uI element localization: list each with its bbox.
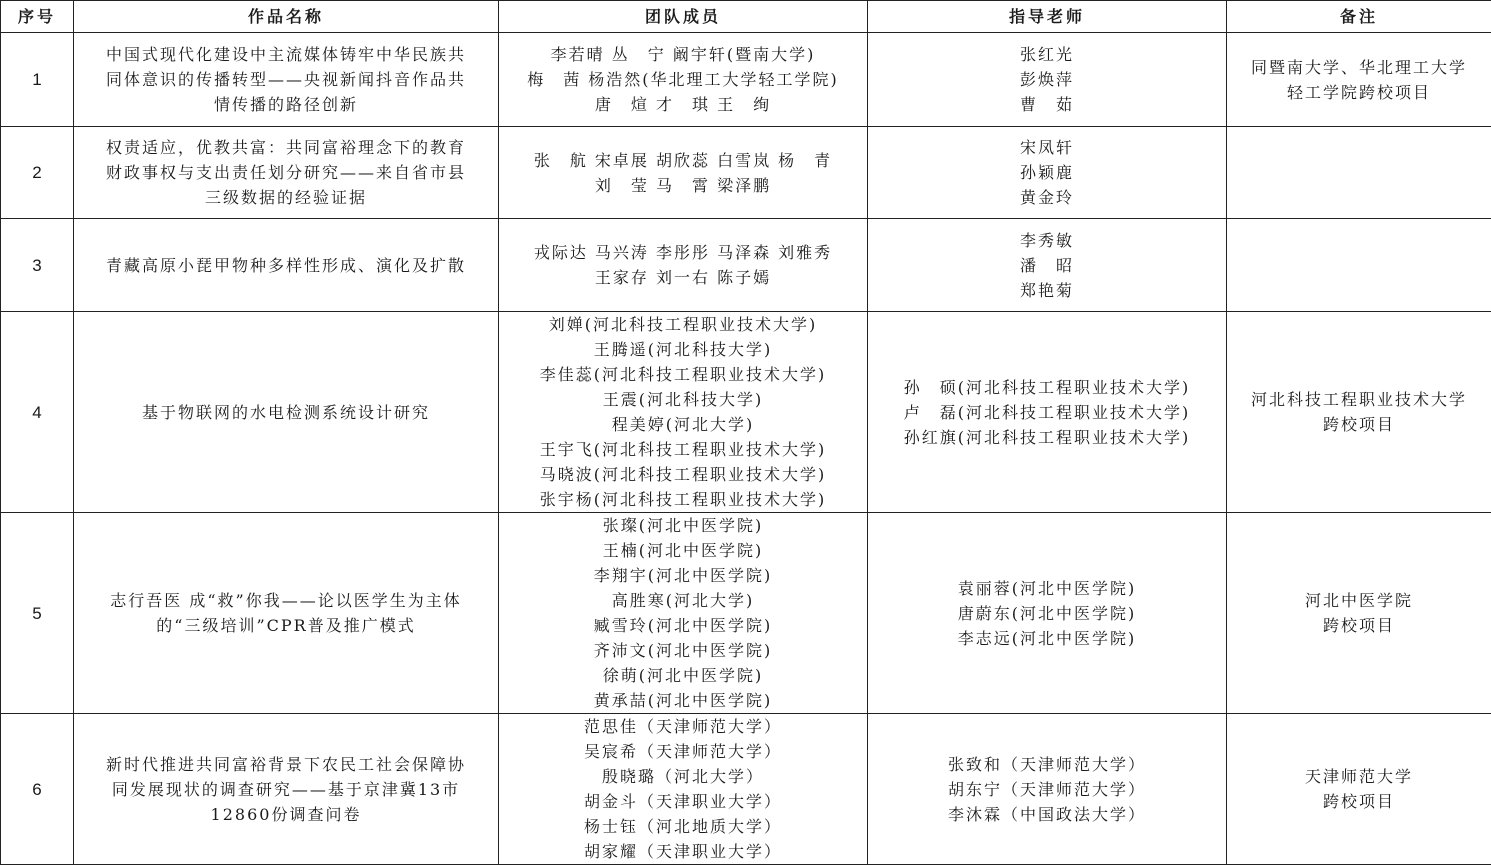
member-line: 臧雪玲(河北中医学院) bbox=[505, 613, 861, 638]
member-line: 吴宸希（天津师范大学） bbox=[505, 739, 861, 764]
member-line: 刘 莹 马 霄 梁泽鹏 bbox=[505, 173, 861, 198]
cell-members: 戎际达 马兴涛 李彤彤 马泽森 刘雅秀王家存 刘一右 陈子嫣 bbox=[499, 219, 868, 312]
advisor-line: 孙颖鹿 bbox=[874, 160, 1220, 185]
member-line: 胡家耀（天津职业大学） bbox=[505, 839, 861, 863]
header-title: 作品名称 bbox=[74, 1, 499, 33]
cell-index: 1 bbox=[1, 33, 74, 127]
member-line: 徐萌(河北中医学院) bbox=[505, 663, 861, 688]
member-line: 王宇飞(河北科技工程职业技术大学) bbox=[505, 437, 861, 462]
cell-remark: 河北中医学院跨校项目 bbox=[1227, 513, 1491, 714]
cell-advisors: 张致和（天津师范大学）胡东宁（天津师范大学）李沐霖（中国政法大学） bbox=[868, 714, 1227, 864]
advisor-line: 宋凤轩 bbox=[874, 135, 1220, 160]
table-row: 2权责适应，优教共富：共同富裕理念下的教育财政事权与支出责任划分研究——来自省市… bbox=[1, 127, 1491, 219]
member-line: 刘婵(河北科技工程职业技术大学) bbox=[505, 312, 861, 337]
cell-advisors: 袁丽蓉(河北中医学院)唐蔚东(河北中医学院)李志远(河北中医学院) bbox=[868, 513, 1227, 714]
header-members: 团队成员 bbox=[499, 1, 868, 33]
cell-members: 刘婵(河北科技工程职业技术大学)王腾遥(河北科技大学)李佳蕊(河北科技工程职业技… bbox=[499, 312, 868, 513]
member-line: 胡金斗（天津职业大学） bbox=[505, 789, 861, 814]
remark-line: 河北中医学院 bbox=[1233, 588, 1485, 613]
advisor-line: 张致和（天津师范大学） bbox=[874, 752, 1220, 777]
title-line: 权责适应，优教共富：共同富裕理念下的教育 bbox=[82, 135, 490, 160]
member-line: 黄承喆(河北中医学院) bbox=[505, 688, 861, 713]
table-row: 6新时代推进共同富裕背景下农民工社会保障协同发展现状的调查研究——基于京津冀13… bbox=[1, 714, 1491, 864]
remark-line: 跨校项目 bbox=[1233, 613, 1485, 638]
advisor-line: 曹 茹 bbox=[874, 92, 1220, 117]
cell-remark: 天津师范大学跨校项目 bbox=[1227, 714, 1491, 864]
member-line: 殷晓璐（河北大学） bbox=[505, 764, 861, 789]
remark-line: 轻工学院跨校项目 bbox=[1233, 80, 1485, 105]
cell-title: 志行吾医 成“救”你我——论以医学生为主体的“三级培训”CPR普及推广模式 bbox=[74, 513, 499, 714]
title-line: 12860份调查问卷 bbox=[82, 802, 490, 827]
cell-members: 张 航 宋卓展 胡欣蕊 白雪岚 杨 青刘 莹 马 霄 梁泽鹏 bbox=[499, 127, 868, 219]
advisor-line: 李秀敏 bbox=[874, 228, 1220, 253]
remark-line: 天津师范大学 bbox=[1233, 764, 1485, 789]
remark-line: 同暨南大学、华北理工大学 bbox=[1233, 55, 1485, 80]
table-row: 4基于物联网的水电检测系统设计研究刘婵(河北科技工程职业技术大学)王腾遥(河北科… bbox=[1, 312, 1491, 513]
cell-remark: 同暨南大学、华北理工大学轻工学院跨校项目 bbox=[1227, 33, 1491, 127]
member-line: 齐沛文(河北中医学院) bbox=[505, 638, 861, 663]
cell-title: 基于物联网的水电检测系统设计研究 bbox=[74, 312, 499, 513]
cell-index: 5 bbox=[1, 513, 74, 714]
advisor-line: 彭焕萍 bbox=[874, 67, 1220, 92]
member-line: 王震(河北科技大学) bbox=[505, 387, 861, 412]
table-row: 3青藏高原小琵甲物种多样性形成、演化及扩散戎际达 马兴涛 李彤彤 马泽森 刘雅秀… bbox=[1, 219, 1491, 312]
advisor-line: 郑艳菊 bbox=[874, 278, 1220, 303]
member-line: 高胜寒(河北大学) bbox=[505, 588, 861, 613]
cell-index: 4 bbox=[1, 312, 74, 513]
cell-advisors: 孙 硕(河北科技工程职业技术大学)卢 磊(河北科技工程职业技术大学)孙红旗(河北… bbox=[868, 312, 1227, 513]
advisor-line: 潘 昭 bbox=[874, 253, 1220, 278]
member-line: 马晓波(河北科技工程职业技术大学) bbox=[505, 462, 861, 487]
advisor-line: 袁丽蓉(河北中医学院) bbox=[874, 576, 1220, 601]
cell-index: 6 bbox=[1, 714, 74, 864]
table-row: 5志行吾医 成“救”你我——论以医学生为主体的“三级培训”CPR普及推广模式张璨… bbox=[1, 513, 1491, 714]
member-line: 王家存 刘一右 陈子嫣 bbox=[505, 265, 861, 290]
advisor-line: 卢 磊(河北科技工程职业技术大学) bbox=[874, 400, 1220, 425]
advisor-line: 唐蔚东(河北中医学院) bbox=[874, 601, 1220, 626]
title-line: 情传播的路径创新 bbox=[82, 92, 490, 117]
header-advisors: 指导老师 bbox=[868, 1, 1227, 33]
advisor-line: 孙红旗(河北科技工程职业技术大学) bbox=[874, 425, 1220, 450]
member-line: 范思佳（天津师范大学） bbox=[505, 714, 861, 739]
title-line: 同体意识的传播转型——央视新闻抖音作品共 bbox=[82, 67, 490, 92]
advisor-line: 胡东宁（天津师范大学） bbox=[874, 777, 1220, 802]
cell-advisors: 张红光彭焕萍曹 茹 bbox=[868, 33, 1227, 127]
advisor-line: 李志远(河北中医学院) bbox=[874, 626, 1220, 651]
member-line: 程美婷(河北大学) bbox=[505, 412, 861, 437]
cell-advisors: 宋凤轩孙颖鹿黄金玲 bbox=[868, 127, 1227, 219]
title-line: 中国式现代化建设中主流媒体铸牢中华民族共 bbox=[82, 42, 490, 67]
member-line: 张 航 宋卓展 胡欣蕊 白雪岚 杨 青 bbox=[505, 148, 861, 173]
remark-line: 跨校项目 bbox=[1233, 789, 1485, 814]
cell-title: 中国式现代化建设中主流媒体铸牢中华民族共同体意识的传播转型——央视新闻抖音作品共… bbox=[74, 33, 499, 127]
cell-remark bbox=[1227, 127, 1491, 219]
member-line: 李佳蕊(河北科技工程职业技术大学) bbox=[505, 362, 861, 387]
cell-remark bbox=[1227, 219, 1491, 312]
remark-line: 河北科技工程职业技术大学 bbox=[1233, 387, 1485, 412]
advisor-line: 张红光 bbox=[874, 42, 1220, 67]
cell-advisors: 李秀敏潘 昭郑艳菊 bbox=[868, 219, 1227, 312]
cell-members: 范思佳（天津师范大学）吴宸希（天津师范大学）殷晓璐（河北大学）胡金斗（天津职业大… bbox=[499, 714, 868, 864]
title-line: 新时代推进共同富裕背景下农民工社会保障协 bbox=[82, 752, 490, 777]
header-row: 序号 作品名称 团队成员 指导老师 备注 bbox=[1, 1, 1491, 33]
cell-title: 新时代推进共同富裕背景下农民工社会保障协同发展现状的调查研究——基于京津冀13市… bbox=[74, 714, 499, 864]
cell-title: 青藏高原小琵甲物种多样性形成、演化及扩散 bbox=[74, 219, 499, 312]
title-line: 同发展现状的调查研究——基于京津冀13市 bbox=[82, 777, 490, 802]
cell-remark: 河北科技工程职业技术大学跨校项目 bbox=[1227, 312, 1491, 513]
advisor-line: 孙 硕(河北科技工程职业技术大学) bbox=[874, 375, 1220, 400]
member-line: 唐 煊 才 琪 王 绚 bbox=[505, 92, 861, 117]
member-line: 戎际达 马兴涛 李彤彤 马泽森 刘雅秀 bbox=[505, 240, 861, 265]
member-line: 王腾遥(河北科技大学) bbox=[505, 337, 861, 362]
table-row: 1中国式现代化建设中主流媒体铸牢中华民族共同体意识的传播转型——央视新闻抖音作品… bbox=[1, 33, 1491, 127]
cell-title: 权责适应，优教共富：共同富裕理念下的教育财政事权与支出责任划分研究——来自省市县… bbox=[74, 127, 499, 219]
member-line: 杨士钰（河北地质大学） bbox=[505, 814, 861, 839]
project-table: 序号 作品名称 团队成员 指导老师 备注 1中国式现代化建设中主流媒体铸牢中华民… bbox=[0, 0, 1491, 863]
advisor-line: 黄金玲 bbox=[874, 185, 1220, 210]
member-line: 王楠(河北中医学院) bbox=[505, 538, 861, 563]
member-line: 梅 茜 杨浩然(华北理工大学轻工学院) bbox=[505, 67, 861, 92]
title-line: 的“三级培训”CPR普及推广模式 bbox=[82, 613, 490, 638]
cell-members: 李若晴 丛 宁 阚宇轩(暨南大学)梅 茜 杨浩然(华北理工大学轻工学院)唐 煊 … bbox=[499, 33, 868, 127]
advisor-line: 李沐霖（中国政法大学） bbox=[874, 802, 1220, 827]
member-line: 李翔宇(河北中医学院) bbox=[505, 563, 861, 588]
cell-index: 2 bbox=[1, 127, 74, 219]
title-line: 基于物联网的水电检测系统设计研究 bbox=[82, 400, 490, 425]
title-line: 志行吾医 成“救”你我——论以医学生为主体 bbox=[82, 588, 490, 613]
cell-members: 张璨(河北中医学院)王楠(河北中医学院)李翔宇(河北中医学院)高胜寒(河北大学)… bbox=[499, 513, 868, 714]
remark-line: 跨校项目 bbox=[1233, 412, 1485, 437]
member-line: 张璨(河北中医学院) bbox=[505, 513, 861, 538]
member-line: 张宇杨(河北科技工程职业技术大学) bbox=[505, 487, 861, 512]
header-index: 序号 bbox=[1, 1, 74, 33]
cell-index: 3 bbox=[1, 219, 74, 312]
member-line: 李若晴 丛 宁 阚宇轩(暨南大学) bbox=[505, 42, 861, 67]
title-line: 财政事权与支出责任划分研究——来自省市县 bbox=[82, 160, 490, 185]
title-line: 青藏高原小琵甲物种多样性形成、演化及扩散 bbox=[82, 253, 490, 278]
header-remark: 备注 bbox=[1227, 1, 1491, 33]
title-line: 三级数据的经验证据 bbox=[82, 185, 490, 210]
